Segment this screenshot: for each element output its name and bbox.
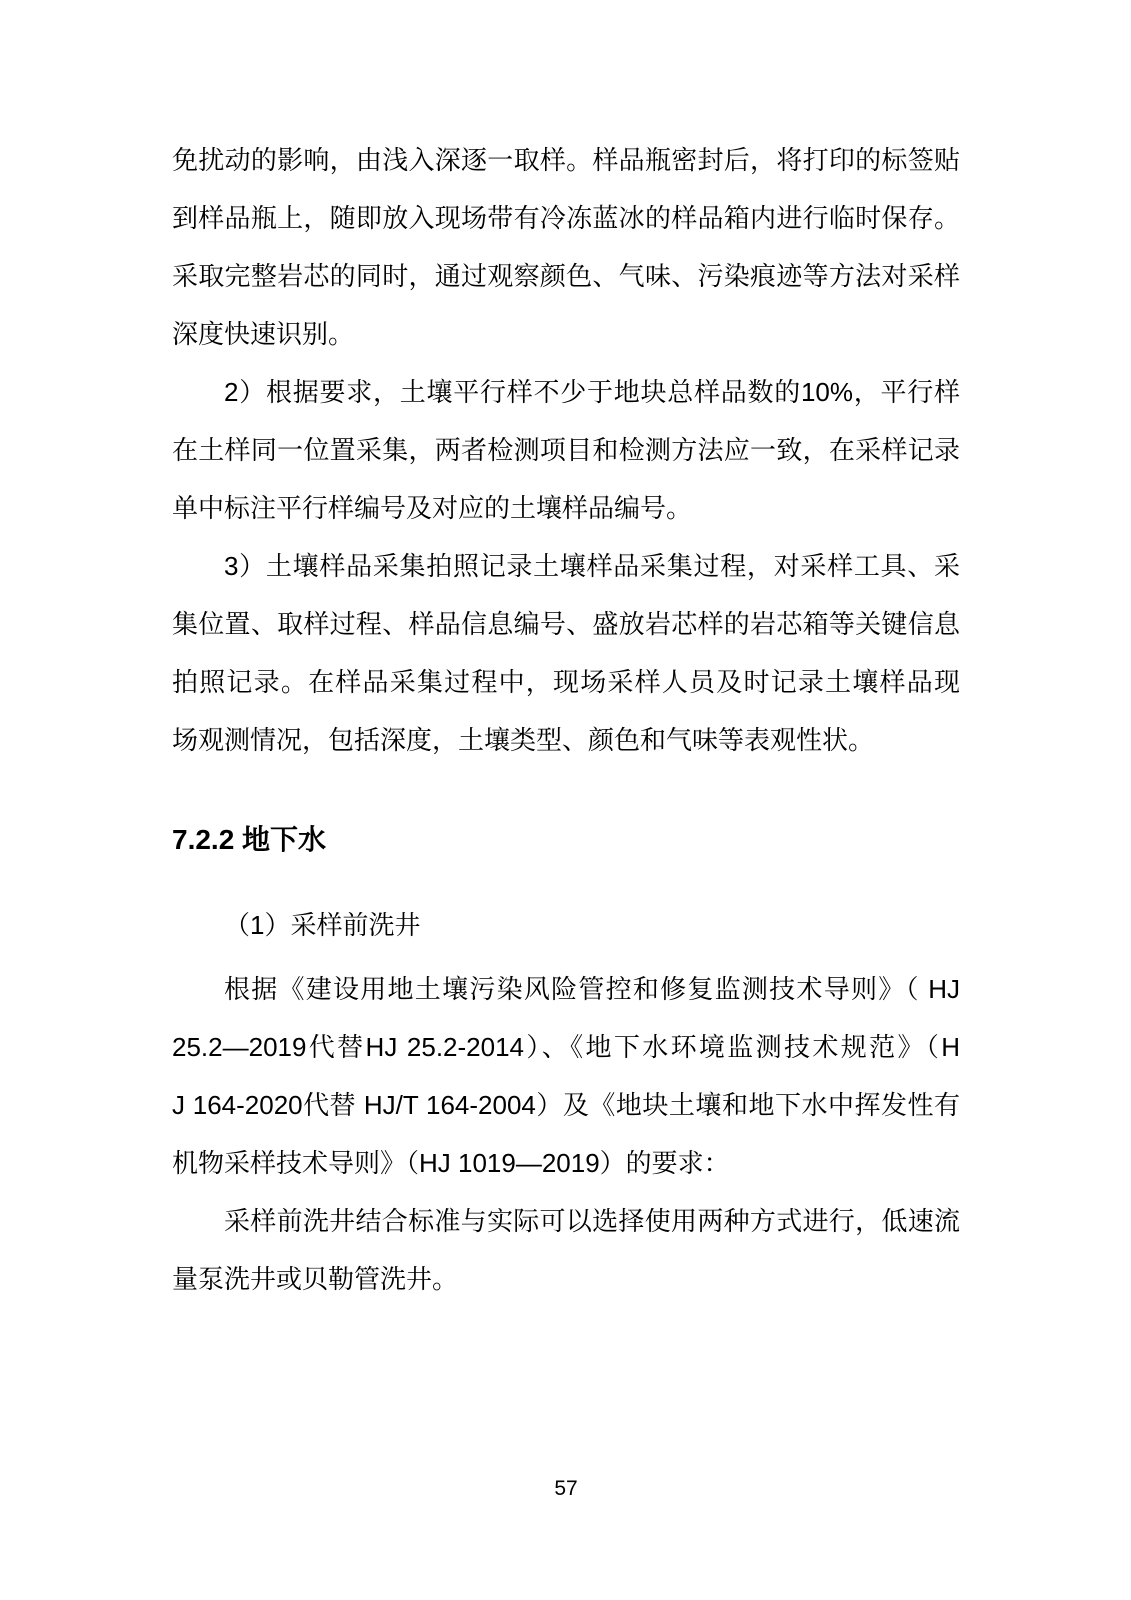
text-line: 集位置、取样过程、样品信息编号、盛放岩芯样的岩芯箱等关键信息 (172, 595, 960, 653)
section-heading-722-groundwater: 7.2.2 地下水 (172, 811, 960, 869)
text-line: 25.2—2019代替HJ 25.2-2014）、《地下水环境监测技术规范》（H (172, 1018, 960, 1076)
text-line: 深度快速识别。 (172, 305, 960, 363)
text-line: 采取完整岩芯的同时，通过观察颜色、气味、污染痕迹等方法对采样 (172, 247, 960, 305)
text-line: 2）根据要求，土壤平行样不少于地块总样品数的10%，平行样 (172, 363, 960, 421)
body-text: 免扰动的影响，由浅入深逐一取样。样品瓶密封后，将打印的标签贴 到样品瓶上，随即放… (172, 131, 960, 1308)
text-line: 采样前洗井结合标准与实际可以选择使用两种方式进行，低速流 (172, 1192, 960, 1250)
paragraph-parallel-samples: 2）根据要求，土壤平行样不少于地块总样品数的10%，平行样 在土样同一位置采集，… (172, 363, 960, 537)
paragraph-purging-methods: 采样前洗井结合标准与实际可以选择使用两种方式进行，低速流 量泵洗井或贝勒管洗井。 (172, 1192, 960, 1308)
text-line: 根据《建设用地土壤污染风险管控和修复监测技术导则》（ HJ (172, 960, 960, 1018)
paragraph-sampling-continuation: 免扰动的影响，由浅入深逐一取样。样品瓶密封后，将打印的标签贴 到样品瓶上，随即放… (172, 131, 960, 363)
paragraph-item-1-well-purging: （1）采样前洗井 (172, 896, 960, 954)
text-line: 量泵洗井或贝勒管洗井。 (172, 1250, 960, 1308)
document-page: 免扰动的影响，由浅入深逐一取样。样品瓶密封后，将打印的标签贴 到样品瓶上，随即放… (0, 0, 1131, 1600)
text-line: （1）采样前洗井 (172, 896, 960, 954)
text-line: 机物采样技术导则》（HJ 1019—2019）的要求： (172, 1134, 960, 1192)
text-line: 免扰动的影响，由浅入深逐一取样。样品瓶密封后，将打印的标签贴 (172, 131, 960, 189)
text-line: 到样品瓶上，随即放入现场带有冷冻蓝冰的样品箱内进行临时保存。 (172, 189, 960, 247)
text-line: 场观测情况，包括深度，土壤类型、颜色和气味等表观性状。 (172, 711, 960, 769)
text-line: 单中标注平行样编号及对应的土壤样品编号。 (172, 479, 960, 537)
page-number: 57 (172, 1476, 960, 1502)
paragraph-photo-records: 3）土壤样品采集拍照记录土壤样品采集过程，对采样工具、采 集位置、取样过程、样品… (172, 537, 960, 769)
text-line: 在土样同一位置采集，两者检测项目和检测方法应一致，在采样记录 (172, 421, 960, 479)
text-line: 拍照记录。在样品采集过程中，现场采样人员及时记录土壤样品现 (172, 653, 960, 711)
paragraph-standards-references: 根据《建设用地土壤污染风险管控和修复监测技术导则》（ HJ 25.2—2019代… (172, 960, 960, 1192)
text-line: J 164-2020代替 HJ/T 164-2004）及《地块土壤和地下水中挥发… (172, 1076, 960, 1134)
text-line: 3）土壤样品采集拍照记录土壤样品采集过程，对采样工具、采 (172, 537, 960, 595)
